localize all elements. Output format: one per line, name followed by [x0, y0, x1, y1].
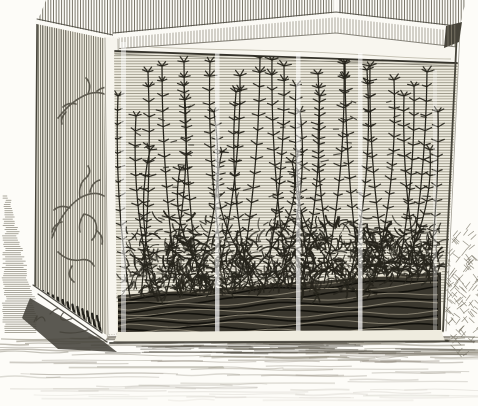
figure-aquarium-engraving — [0, 0, 478, 406]
aquarium-engraving — [0, 0, 478, 406]
tank-base — [114, 330, 445, 342]
